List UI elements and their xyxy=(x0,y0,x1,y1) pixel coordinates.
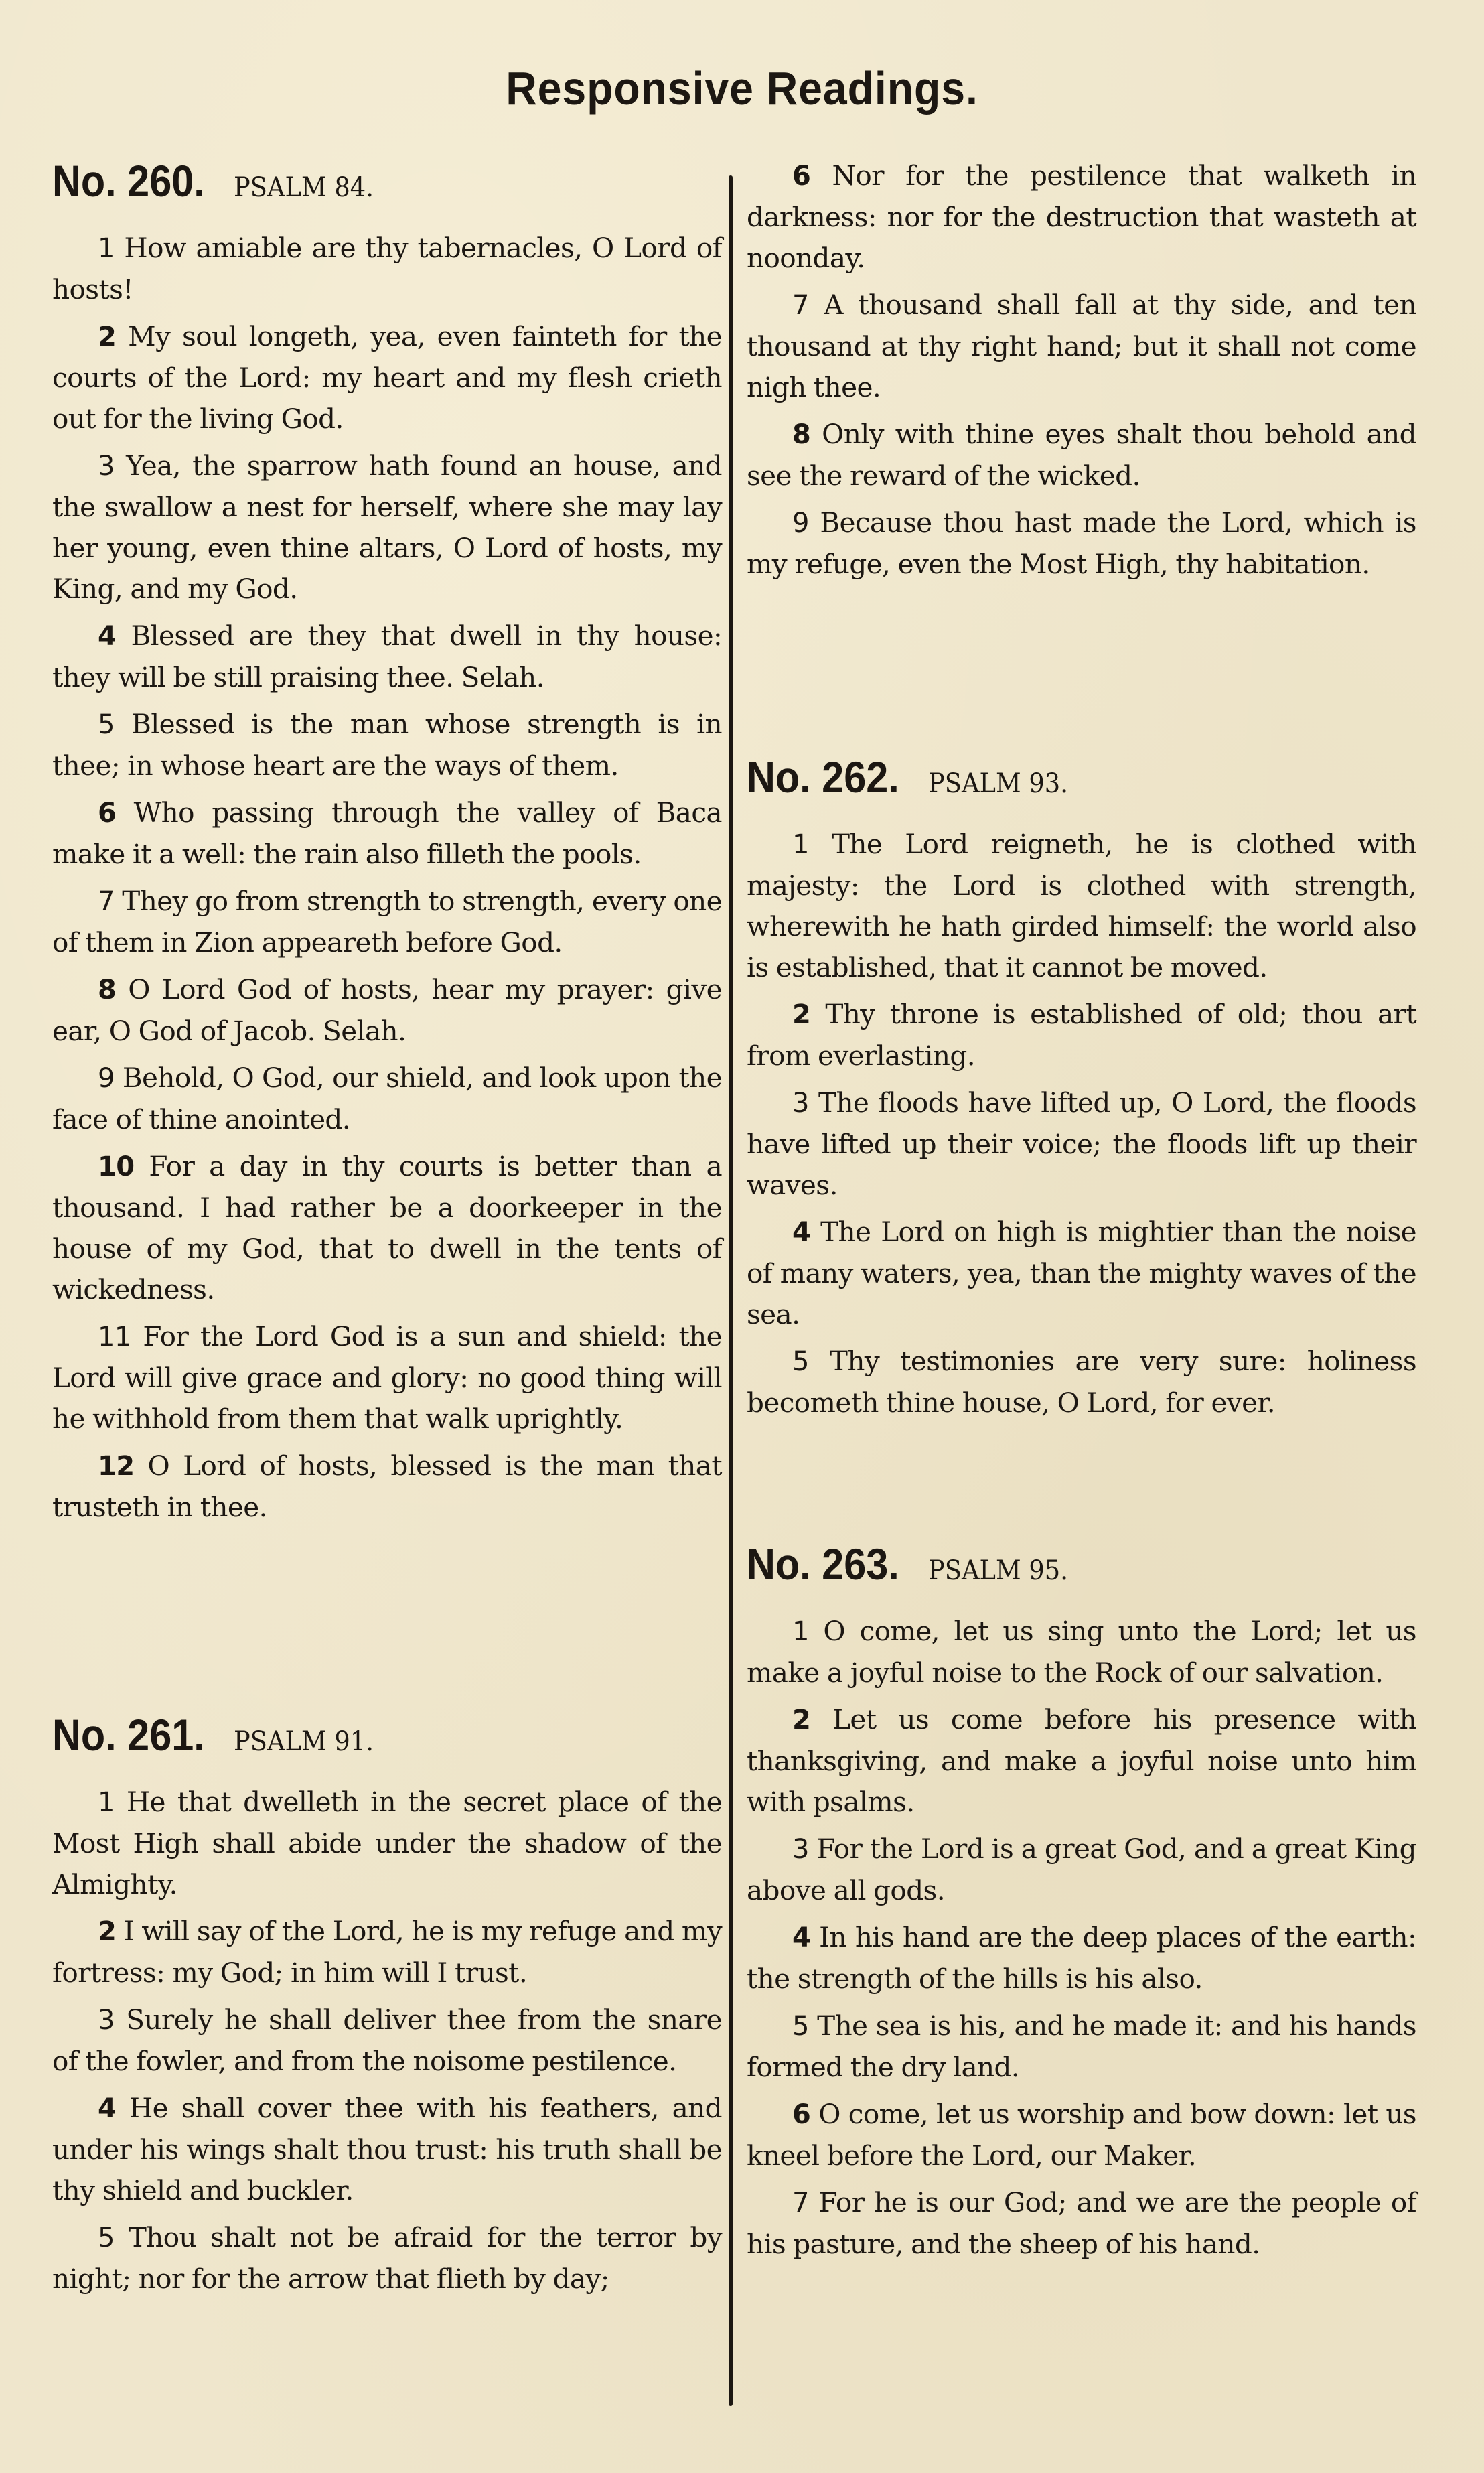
verse: 6 O come, let us worship and bow down: l… xyxy=(747,2094,1416,2176)
reading-section: No. 260.PSALM 84.1 How amiable are thy t… xyxy=(52,155,722,1534)
verse-number: 11 xyxy=(98,1322,131,1352)
verse-text: How amiable are thy tabernacles, O Lord … xyxy=(52,232,722,305)
verse-text: Thy testimonies are very sure: holiness … xyxy=(747,1345,1416,1419)
verse: 2 Thy throne is established of old; thou… xyxy=(747,994,1416,1076)
verse: 9 Because thou hast made the Lord, which… xyxy=(747,502,1416,585)
verse-text: I will say of the Lord, he is my refuge … xyxy=(52,1915,722,1989)
psalm-reference: PSALM 93. xyxy=(928,768,1068,799)
verse-text: Surely he shall deliver thee from the sn… xyxy=(52,2003,722,2077)
verse-number: 6 xyxy=(98,798,116,829)
verse: 4 In his hand are the deep places of the… xyxy=(747,1917,1416,1999)
verse: 3 For the Lord is a great God, and a gre… xyxy=(747,1829,1416,1911)
verse-text: He that dwelleth in the secret place of … xyxy=(52,1786,722,1900)
verse-text: Who passing through the valley of Baca m… xyxy=(52,796,722,870)
verse: 3 Surely he shall deliver thee from the … xyxy=(52,1999,722,2082)
verse-text: For the Lord is a great God, and a great… xyxy=(747,1833,1416,1906)
verse: 5 The sea is his, and he made it: and hi… xyxy=(747,2005,1416,2088)
verse-number: 8 xyxy=(98,975,116,1005)
verse: 12 O Lord of hosts, blessed is the man t… xyxy=(52,1445,722,1528)
verse: 10 For a day in thy courts is better tha… xyxy=(52,1146,722,1310)
verse: 4 He shall cover thee with his feathers,… xyxy=(52,2088,722,2211)
reading-number: No. 260. xyxy=(52,155,205,206)
reading-heading: No. 263.PSALM 95. xyxy=(747,1539,1416,1592)
verse-text: O Lord of hosts, blessed is the man that… xyxy=(52,1450,722,1523)
verse-number: 3 xyxy=(98,2005,115,2036)
psalm-reference: PSALM 95. xyxy=(928,1555,1068,1586)
verse: 1 He that dwelleth in the secret place o… xyxy=(52,1782,722,1905)
page-title: Responsive Readings. xyxy=(60,62,1425,115)
verse-number: 9 xyxy=(98,1063,115,1094)
verse-text: O Lord God of hosts, hear my prayer: giv… xyxy=(52,973,722,1047)
verse-number: 10 xyxy=(98,1151,134,1182)
verse-text: He shall cover thee with his feathers, a… xyxy=(52,2092,722,2206)
reading-number: No. 262. xyxy=(747,752,899,802)
verse-text: For he is our God; and we are the people… xyxy=(747,2186,1416,2260)
verse-number: 1 xyxy=(98,233,115,264)
verse-text: In his hand are the deep places of the e… xyxy=(747,1921,1416,1995)
verse-number: 3 xyxy=(98,451,115,482)
verse-number: 1 xyxy=(792,829,809,860)
verse-number: 5 xyxy=(792,2011,809,2042)
verse-text: For the Lord God is a sun and shield: th… xyxy=(52,1320,722,1435)
verse-text: Blessed are they that dwell in thy house… xyxy=(52,620,722,693)
verse: 9 Behold, O God, our shield, and look up… xyxy=(52,1058,722,1140)
reading-continuation: 6 Nor for the pestilence that walketh in… xyxy=(747,155,1416,591)
reading-heading: No. 261.PSALM 91. xyxy=(52,1709,722,1763)
verse-number: 2 xyxy=(792,1705,810,1736)
verse-text: Thou shalt not be afraid for the terror … xyxy=(52,2221,722,2295)
verse-text: Nor for the pestilence that walketh in d… xyxy=(747,159,1416,274)
verse-text: Because thou hast made the Lord, which i… xyxy=(747,506,1416,580)
verse-text: Yea, the sparrow hath found an house, an… xyxy=(52,449,722,605)
verse: 5 Thy testimonies are very sure: holines… xyxy=(747,1341,1416,1423)
verse: 6 Nor for the pestilence that walketh in… xyxy=(747,155,1416,279)
verse-text: Only with thine eyes shalt thou behold a… xyxy=(747,418,1416,492)
verse-number: 5 xyxy=(98,709,115,740)
psalm-reference: PSALM 84. xyxy=(234,172,374,203)
reading-heading: No. 260.PSALM 84. xyxy=(52,155,722,209)
verse-number: 2 xyxy=(98,1916,116,1947)
verse: 2 Let us come before his presence with t… xyxy=(747,1699,1416,1823)
reading-section: No. 262.PSALM 93.1 The Lord reigneth, he… xyxy=(747,752,1416,1429)
verse-number: 6 xyxy=(792,2099,810,2130)
verse: 4 The Lord on high is mightier than the … xyxy=(747,1212,1416,1335)
reading-heading: No. 262.PSALM 93. xyxy=(747,752,1416,805)
verse-number: 3 xyxy=(792,1834,809,1865)
verse: 1 How amiable are thy tabernacles, O Lor… xyxy=(52,228,722,310)
verse-number: 6 xyxy=(792,161,810,192)
verse-text: They go from strength to strength, every… xyxy=(52,885,722,959)
column-divider xyxy=(729,175,733,2406)
reading-section: No. 261.PSALM 91.1 He that dwelleth in t… xyxy=(52,1709,722,2306)
verse-text: My soul longeth, yea, even fainteth for … xyxy=(52,320,722,435)
verse-number: 5 xyxy=(98,2222,115,2253)
verse-text: Thy throne is established of old; thou a… xyxy=(747,998,1416,1072)
verse: 8 O Lord God of hosts, hear my prayer: g… xyxy=(52,969,722,1052)
verse: 3 Yea, the sparrow hath found an house, … xyxy=(52,445,722,610)
verse-number: 2 xyxy=(792,999,810,1030)
verse: 5 Blessed is the man whose strength is i… xyxy=(52,704,722,786)
reading-number: No. 263. xyxy=(747,1539,899,1589)
verse-text: A thousand shall fall at thy side, and t… xyxy=(747,289,1416,403)
verse-number: 5 xyxy=(792,1346,809,1377)
reading-number: No. 261. xyxy=(52,1709,205,1760)
verse: 8 Only with thine eyes shalt thou behold… xyxy=(747,414,1416,496)
verse-number: 1 xyxy=(98,1787,115,1818)
verse-text: The sea is his, and he made it: and his … xyxy=(747,2009,1416,2083)
verse-text: Blessed is the man whose strength is in … xyxy=(52,708,722,782)
verse: 7 A thousand shall fall at thy side, and… xyxy=(747,285,1416,408)
reading-section: No. 263.PSALM 95.1 O come, let us sing u… xyxy=(747,1539,1416,2271)
verse-number: 9 xyxy=(792,508,809,539)
verse-number: 4 xyxy=(792,1922,810,1953)
verse: 11 For the Lord God is a sun and shield:… xyxy=(52,1316,722,1439)
verse-number: 3 xyxy=(792,1088,809,1119)
verse-number: 7 xyxy=(792,290,809,321)
verse-text: O come, let us sing unto the Lord; let u… xyxy=(747,1615,1416,1689)
verse-text: Let us come before his presence with tha… xyxy=(747,1703,1416,1818)
verse: 2 My soul longeth, yea, even fainteth fo… xyxy=(52,316,722,439)
verse-number: 7 xyxy=(792,2188,809,2218)
verse: 2 I will say of the Lord, he is my refug… xyxy=(52,1911,722,1993)
verse-text: For a day in thy courts is better than a… xyxy=(52,1150,722,1305)
verse: 5 Thou shalt not be afraid for the terro… xyxy=(52,2217,722,2300)
verse-number: 2 xyxy=(98,322,116,352)
verse: 7 They go from strength to strength, eve… xyxy=(52,881,722,963)
verse-number: 12 xyxy=(98,1451,134,1482)
verse: 1 The Lord reigneth, he is clothed with … xyxy=(747,824,1416,988)
verse-number: 4 xyxy=(98,2093,116,2124)
verse-number: 8 xyxy=(792,419,810,450)
verse-text: The Lord on high is mightier than the no… xyxy=(747,1216,1416,1330)
psalm-reference: PSALM 91. xyxy=(234,1726,374,1757)
verse: 7 For he is our God; and we are the peop… xyxy=(747,2182,1416,2265)
verse: 1 O come, let us sing unto the Lord; let… xyxy=(747,1611,1416,1693)
verse-text: The Lord reigneth, he is clothed with ma… xyxy=(747,828,1416,983)
verse: 6 Who passing through the valley of Baca… xyxy=(52,792,722,875)
verse-number: 4 xyxy=(792,1217,810,1248)
verse-text: The floods have lifted up, O Lord, the f… xyxy=(747,1086,1416,1201)
verse-text: O come, let us worship and bow down: let… xyxy=(747,2098,1416,2172)
verse: 3 The floods have lifted up, O Lord, the… xyxy=(747,1082,1416,1206)
verse: 4 Blessed are they that dwell in thy hou… xyxy=(52,616,722,698)
verse-text: Behold, O God, our shield, and look upon… xyxy=(52,1062,722,1135)
verse-number: 7 xyxy=(98,886,115,917)
verse-number: 4 xyxy=(98,621,116,652)
verse-number: 1 xyxy=(792,1616,809,1647)
